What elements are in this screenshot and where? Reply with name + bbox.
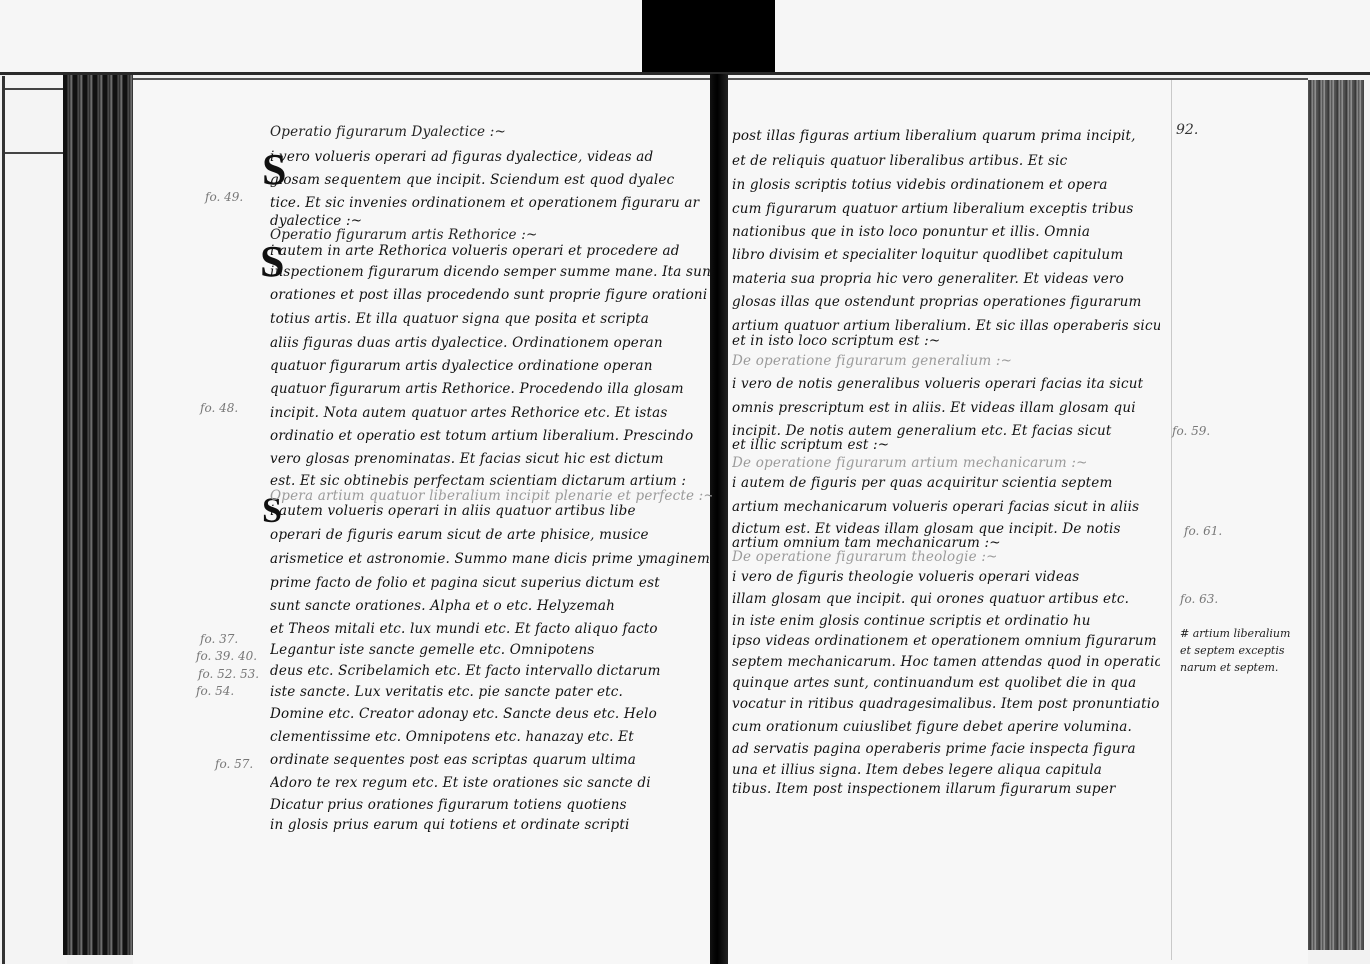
manuscript-line: Domine etc. Creator adonay etc. Sancte d… [270,706,712,722]
folio-reference: fo. 49. [205,190,243,204]
manuscript-line: aliis figuras duas artis dyalectice. Ord… [270,335,712,351]
manuscript-line: glosam sequentem que incipit. Sciendum e… [270,172,712,188]
folio-reference: fo. 52. 53. [198,667,259,681]
manuscript-line: materia sua propria hic vero generaliter… [732,271,1160,287]
manuscript-line: i autem de figuris per quas acquiritur s… [732,475,1160,491]
manuscript-line: et Theos mitali etc. lux mundi etc. Et f… [270,621,712,637]
manuscript-line: quatuor figurarum artis Rethorice. Proce… [270,381,712,397]
manuscript-line: et in isto loco scriptum est :~ [732,333,1160,349]
manuscript-line: cum orationum cuiuslibet figure debet ap… [732,719,1160,735]
section-heading: Operatio figurarum artis Rethorice :~ [270,227,712,243]
right-page-edges [1308,80,1364,950]
rubric-heading: De operatione figurarum artium mechanica… [732,455,1160,471]
rubric-heading: Opera artium quatuor liberalium incipit … [270,488,712,504]
manuscript-line: deus etc. Scribelamich etc. Et facto int… [270,663,712,679]
manuscript-line: est. Et sic obtinebis perfectam scientia… [270,473,712,489]
manuscript-line: incipit. Nota autem quatuor artes Rethor… [270,405,712,421]
rubric-heading: De operatione figurarum theologie :~ [732,549,1160,565]
folio-reference: fo. 63. [1180,592,1218,606]
black-mask-block [642,0,775,74]
manuscript-line: artium quatuor artium liberalium. Et sic… [732,318,1160,334]
folio-reference: fo. 57. [215,757,253,771]
manuscript-line: arismetice et astronomie. Summo mane dic… [270,551,712,567]
manuscript-line: ipso videas ordinationem et operationem … [732,633,1160,649]
folio-reference: fo. 48. [200,401,238,415]
folio-reference: fo. 39. 40. [196,649,257,663]
side-note-line: narum et septem. [1180,659,1290,676]
page-rule [5,88,67,90]
manuscript-line: illam glosam que incipit. qui orones qua… [732,591,1160,607]
manuscript-line: totius artis. Et illa quatuor signa que … [270,311,712,327]
manuscript-line: Adoro te rex regum etc. Et iste oratione… [270,775,712,791]
manuscript-line: vero glosas prenominatas. Et facias sicu… [270,451,712,467]
folio-number: 92. [1176,122,1198,138]
manuscript-line: cum figurarum quatuor artium liberalium … [732,201,1160,217]
manuscript-line: una et illius signa. Item debes legere a… [732,762,1160,778]
manuscript-line: ordinatio et operatio est totum artium l… [270,428,712,444]
manuscript-line: omnis prescriptum est in aliis. Et videa… [732,400,1160,416]
manuscript-line: i autem in arte Rethorica volueris opera… [270,243,712,259]
manuscript-line: tice. Et sic invenies ordinationem et op… [270,195,712,211]
background-right [1364,80,1370,950]
manuscript-line: et de reliquis quatuor liberalibus artib… [732,153,1160,169]
manuscript-line: tibus. Item post inspectionem illarum fi… [732,781,1160,797]
manuscript-line: ordinate sequentes post eas scriptas qua… [270,752,712,768]
manuscript-line: quinque artes sunt, continuandum est quo… [732,675,1160,691]
manuscript-line: Legantur iste sancte gemelle etc. Omnipo… [270,642,712,658]
underlying-page [2,76,67,964]
section-heading: Operatio figurarum Dyalectice :~ [270,124,712,140]
manuscript-line: clementissime etc. Omnipotens etc. hanaz… [270,729,712,745]
manuscript-line: vocatur in ritibus quadragesimalibus. It… [732,696,1160,712]
manuscript-line: libro divisim et specialiter loquitur qu… [732,247,1160,263]
manuscript-line: post illas figuras artium liberalium qua… [732,128,1160,144]
manuscript-line: prime facto de folio et pagina sicut sup… [270,575,712,591]
folio-reference: fo. 59. [1172,424,1210,438]
manuscript-line: i vero de figuris theologie volueris ope… [732,569,1160,585]
manuscript-line: Dicatur prius orationes figurarum totien… [270,797,712,813]
book-top-edge [0,72,1370,75]
manuscript-line: orationes et post illas procedendo sunt … [270,287,712,303]
manuscript-line: i vero volueris operari ad figuras dyale… [270,149,712,165]
folio-reference: fo. 54. [196,684,234,698]
manuscript-line: sunt sancte orationes. Alpha et o etc. H… [270,598,712,614]
rubric-heading: De operatione figurarum generalium :~ [732,353,1160,369]
folio-reference: fo. 61. [1184,524,1222,538]
manuscript-line: et illic scriptum est :~ [732,437,1160,453]
page-rule [5,152,67,154]
folio-reference: fo. 37. [200,632,238,646]
margin-rule [1171,80,1172,960]
manuscript-line: glosas illas que ostendunt proprias oper… [732,294,1160,310]
manuscript-line: quatuor figurarum artis dyalectice ordin… [270,358,712,374]
manuscript-line: in glosis scriptis totius videbis ordina… [732,177,1160,193]
manuscript-line: in glosis prius earum qui totiens et ord… [270,817,712,833]
manuscript-line: nationibus que in isto loco ponuntur et … [732,224,1160,240]
left-page-edges [63,75,133,955]
manuscript-line: ad servatis pagina operaberis prime faci… [732,741,1160,757]
manuscript-line: inspectionem figurarum dicendo semper su… [270,264,712,280]
side-note-line: et septem exceptis [1180,642,1290,659]
manuscript-line: i vero de notis generalibus volueris ope… [732,376,1160,392]
manuscript-line: septem mechanicarum. Hoc tamen attendas … [732,654,1160,670]
book-spine [710,74,728,964]
manuscript-line: iste sancte. Lux veritatis etc. pie sanc… [270,684,712,700]
manuscript-line: artium mechanicarum volueris operari fac… [732,499,1160,515]
manuscript-line: in iste enim glosis continue scriptis et… [732,613,1160,629]
manuscript-line: i autem volueris operari in aliis quatuo… [270,503,712,519]
side-note-line: # artium liberalium [1180,625,1290,642]
manuscript-line: operari de figuris earum sicut de arte p… [270,527,712,543]
side-note: # artium liberalium et septem exceptis n… [1180,625,1290,676]
